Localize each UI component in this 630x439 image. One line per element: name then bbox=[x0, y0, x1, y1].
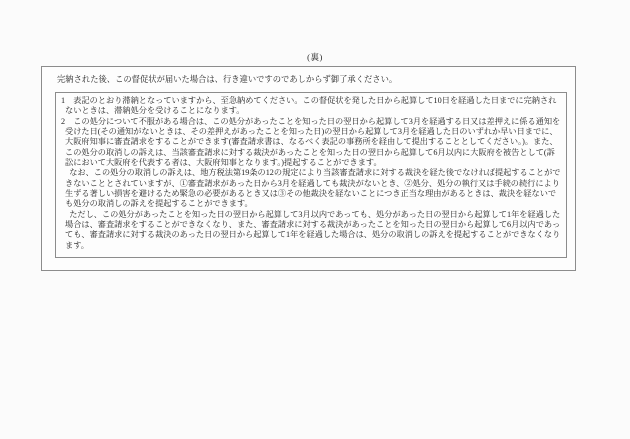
notice-intro-text: 完納された後、この督促状が届いた場合は、行き違いですのであしからず御了承ください… bbox=[57, 74, 565, 85]
notice-item-1: 1 表記のとおり滞納となっていますから、至急納めてください。この督促状を発した日… bbox=[61, 96, 562, 117]
page-side-label: (裏) bbox=[0, 51, 630, 63]
notice-item-2: 2 この処分について不服がある場合は、この処分があったことを知った日の翌日から起… bbox=[61, 117, 562, 169]
notice-outer-box: 完納された後、この督促状が届いた場合は、行き違いですのであしからず御了承ください… bbox=[41, 66, 576, 271]
document-page: (裏) 完納された後、この督促状が届いた場合は、行き違いですのであしからず御了承… bbox=[0, 0, 630, 439]
notice-item-2-supplement-nao: なお、この処分の取消しの訴えは、地方税法第19条の12の規定により当該審査請求に… bbox=[61, 168, 562, 209]
notice-inner-box: 1 表記のとおり滞納となっていますから、至急納めてください。この督促状を発した日… bbox=[55, 92, 567, 258]
notice-item-2-supplement-tadashi: ただし、この処分があったことを知った日の翌日から起算して3月以内であっても、処分… bbox=[61, 210, 562, 251]
